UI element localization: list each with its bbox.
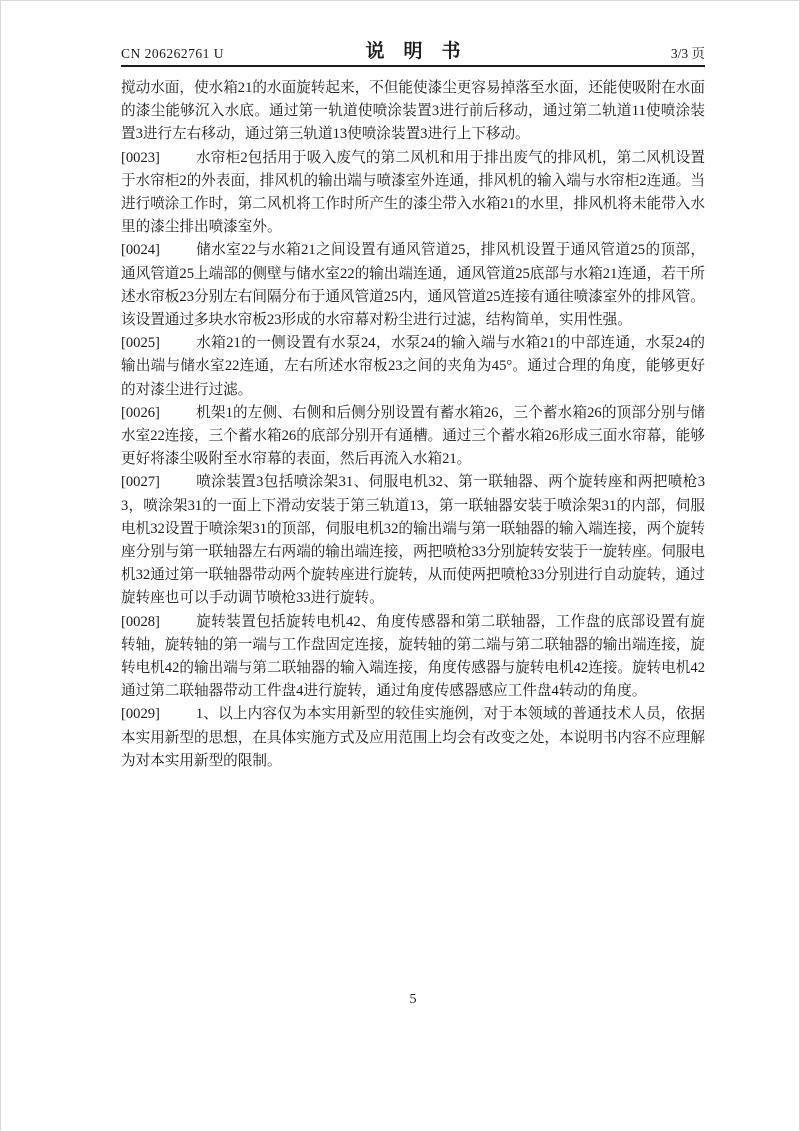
paragraph-text: 机架1的左侧、右侧和后侧分别设置有蓄水箱26，三个蓄水箱26的顶部分别与储水室2… xyxy=(121,405,705,467)
paragraph-number: [0027] xyxy=(121,471,160,494)
patent-specification-page: CN 206262761 U 说 明 书 3/3 页 搅动水面，使水箱21的水面… xyxy=(0,0,800,1132)
paragraph-0029: [0029]1、以上内容仅为本实用新型的较佳实施例，对于本领域的普通技术人员，依… xyxy=(121,703,705,773)
paragraph-text: 储水室22与水箱21之间设置有通风管道25，排风机设置于通风管道25的顶部，通风… xyxy=(121,242,705,328)
paragraph-number: [0023] xyxy=(121,147,160,170)
paragraph-0028: [0028]旋转装置包括旋转电机42、角度传感器和第二联轴器，工作盘的底部设置有… xyxy=(121,611,705,704)
paragraph-text: 1、以上内容仅为本实用新型的较佳实施例，对于本领域的普通技术人员，依据本实用新型… xyxy=(121,706,705,768)
paragraph-0023: [0023]水帘柜2包括用于吸入废气的第二风机和用于排出废气的排风机，第二风机设… xyxy=(121,147,705,240)
paragraph-0024: [0024]储水室22与水箱21之间设置有通风管道25，排风机设置于通风管道25… xyxy=(121,239,705,332)
page-number: 5 xyxy=(121,992,705,1008)
sheet-indicator: 3/3 页 xyxy=(671,42,705,62)
paragraph-0026: [0026]机架1的左侧、右侧和后侧分别设置有蓄水箱26，三个蓄水箱26的顶部分… xyxy=(121,402,705,472)
paragraph-0027: [0027]喷涂装置3包括喷涂架31、伺服电机32、第一联轴器、两个旋转座和两把… xyxy=(121,471,705,610)
paragraph-text: 搅动水面，使水箱21的水面旋转起来，不但能使漆尘更容易掉落至水面，还能使吸附在水… xyxy=(121,80,705,142)
paragraph-number: [0026] xyxy=(121,402,160,425)
paragraph-0025: [0025]水箱21的一侧设置有水泵24，水泵24的输入端与水箱21的中部连通，… xyxy=(121,332,705,402)
page-header: CN 206262761 U 说 明 书 3/3 页 xyxy=(121,38,705,67)
paragraph-text: 水箱21的一侧设置有水泵24，水泵24的输入端与水箱21的中部连通，水泵24的输… xyxy=(121,335,705,397)
paragraph-text: 旋转装置包括旋转电机42、角度传感器和第二联轴器，工作盘的底部设置有旋转轴，旋转… xyxy=(121,614,705,700)
paragraph-number: [0028] xyxy=(121,611,160,634)
page-title: 说 明 书 xyxy=(121,36,705,63)
paragraph-number: [0029] xyxy=(121,703,160,726)
specification-body: 搅动水面，使水箱21的水面旋转起来，不但能使漆尘更容易掉落至水面，还能使吸附在水… xyxy=(121,77,705,773)
paragraph-continuation: 搅动水面，使水箱21的水面旋转起来，不但能使漆尘更容易掉落至水面，还能使吸附在水… xyxy=(121,77,705,147)
paragraph-text: 水帘柜2包括用于吸入废气的第二风机和用于排出废气的排风机，第二风机设置于水帘柜2… xyxy=(121,150,705,236)
paragraph-text: 喷涂装置3包括喷涂架31、伺服电机32、第一联轴器、两个旋转座和两把喷枪33，喷… xyxy=(121,474,705,606)
paragraph-number: [0024] xyxy=(121,239,160,262)
paragraph-number: [0025] xyxy=(121,332,160,355)
